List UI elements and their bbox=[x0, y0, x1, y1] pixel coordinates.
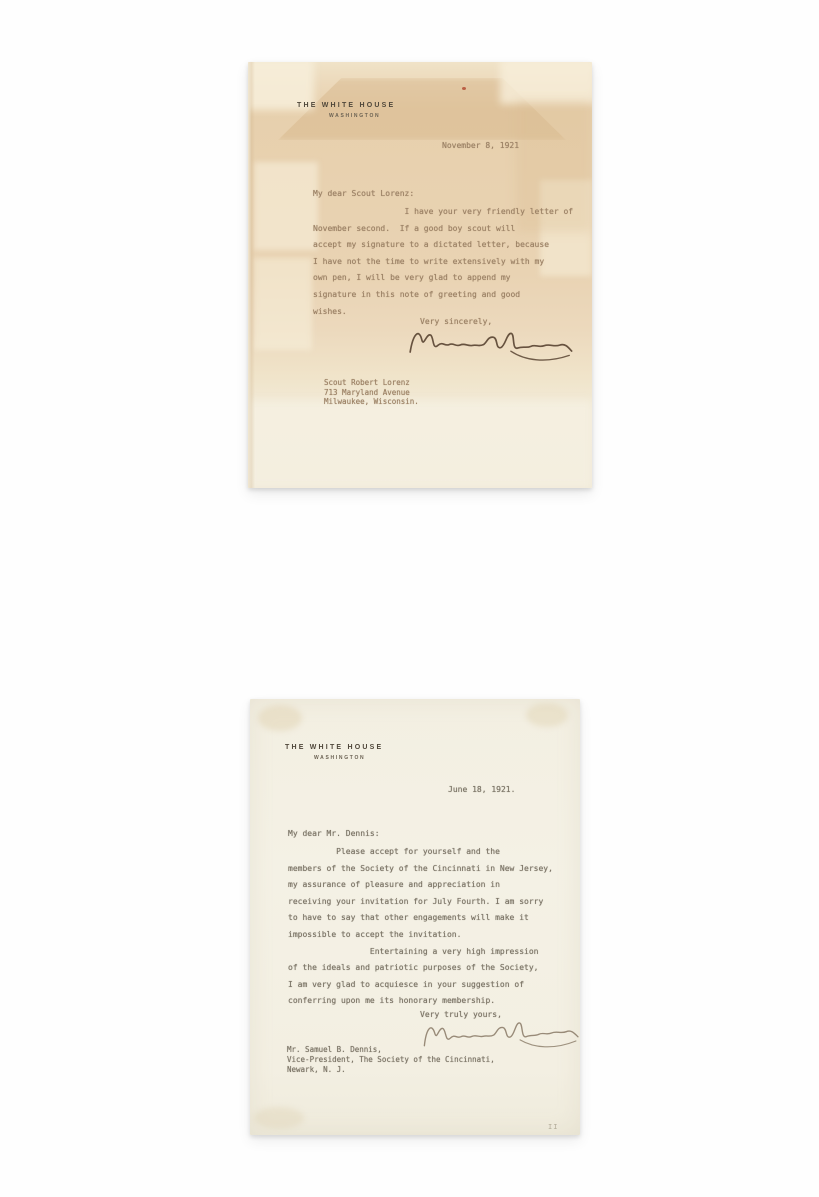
photo-page: THE WHITE HOUSE WASHINGTON November 8, 1… bbox=[0, 0, 819, 1197]
letter-body: Please accept for yourself and the membe… bbox=[288, 844, 553, 1010]
recipient-line: Vice-President, The Society of the Cinci… bbox=[287, 1055, 495, 1064]
salutation: My dear Mr. Dennis: bbox=[288, 829, 380, 838]
recipient-address: Mr. Samuel B. Dennis, Vice-President, Th… bbox=[287, 1045, 495, 1075]
recipient-address: Scout Robert Lorenz 713 Maryland Avenue … bbox=[324, 378, 419, 407]
date-line: June 18, 1921. bbox=[448, 785, 515, 794]
toning-patch bbox=[254, 258, 312, 350]
recipient-line: Newark, N. J. bbox=[287, 1065, 346, 1074]
signature bbox=[405, 322, 574, 370]
letterhead-title: THE WHITE HOUSE bbox=[297, 102, 395, 109]
letterhead-title: THE WHITE HOUSE bbox=[285, 744, 383, 751]
letter-body: I have your very friendly letter of Nove… bbox=[313, 204, 573, 320]
date-line: November 8, 1921 bbox=[442, 141, 519, 150]
letterhead-subtitle: WASHINGTON bbox=[329, 113, 380, 119]
page-spine-edge bbox=[248, 62, 255, 488]
recipient-line: 713 Maryland Avenue bbox=[324, 388, 410, 397]
pencil-annotation: II bbox=[548, 1123, 558, 1131]
recipient-line: Mr. Samuel B. Dennis, bbox=[287, 1045, 382, 1054]
letter-scan-2: THE WHITE HOUSE WASHINGTON June 18, 1921… bbox=[250, 699, 580, 1135]
letterhead-subtitle: WASHINGTON bbox=[314, 755, 365, 761]
toning-patch bbox=[248, 400, 592, 488]
foxing-spot bbox=[258, 705, 302, 731]
salutation: My dear Scout Lorenz: bbox=[313, 189, 414, 198]
recipient-line: Scout Robert Lorenz bbox=[324, 378, 410, 387]
foxing-spot bbox=[526, 703, 568, 727]
recipient-line: Milwaukee, Wisconsin. bbox=[324, 397, 419, 406]
foxing-speck bbox=[462, 87, 466, 90]
toning-patch bbox=[500, 62, 592, 104]
foxing-spot bbox=[254, 1107, 304, 1129]
toning-patch bbox=[254, 162, 318, 250]
letter-scan-1: THE WHITE HOUSE WASHINGTON November 8, 1… bbox=[248, 62, 592, 488]
tape-stain bbox=[278, 78, 566, 140]
